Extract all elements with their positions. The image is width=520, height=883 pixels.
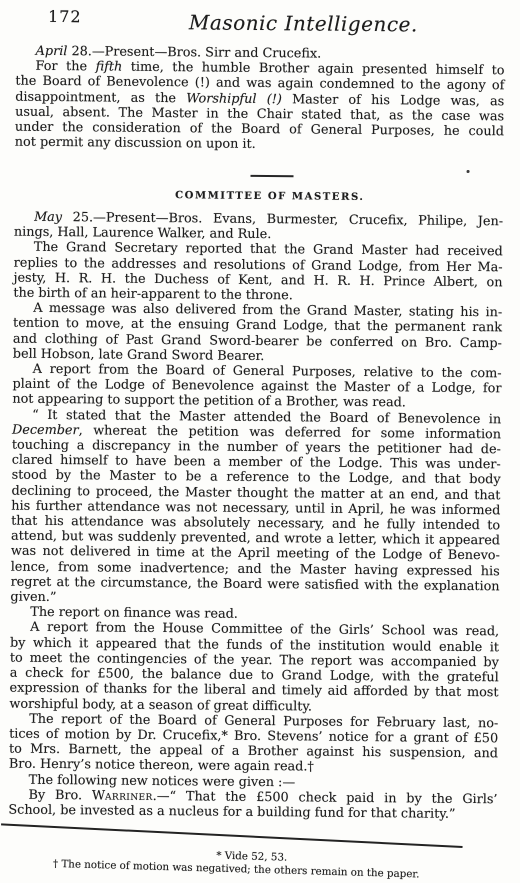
page-number: 172 — [48, 7, 82, 26]
paragraph: The Grand Secretary reported that the Gr… — [13, 240, 503, 306]
page-content: 172 Masonic Intelligence. April 28.—Pres… — [8, 0, 505, 883]
ink-speck — [467, 170, 470, 173]
running-title: Masonic Intelligence. — [189, 10, 418, 36]
paragraph: “ It stated that the Master attended the… — [10, 407, 501, 609]
paragraph: The report of the Board of General Purpo… — [9, 711, 499, 777]
scanned-book-page: 172 Masonic Intelligence. April 28.—Pres… — [0, 0, 520, 883]
paragraph: For the fifth time, the humble Brother a… — [15, 59, 505, 155]
paragraph: May 25.—Present—Bros. Evans, Burmester, … — [14, 210, 503, 245]
footnote-rule — [1, 823, 463, 847]
footnote-block: * Vide 52, 53. † The notice of motion wa… — [7, 816, 498, 883]
section-heading: COMMITTEE OF MASTERS. — [14, 189, 503, 205]
april-minutes: April 28.—Present—Bros. Sirr and Crucefi… — [15, 44, 505, 155]
section-divider — [251, 175, 294, 177]
paragraph: A message was also delivered from the Gr… — [13, 301, 503, 367]
paragraph: A report from the House Committee of the… — [9, 620, 499, 716]
committee-minutes: May 25.—Present—Bros. Evans, Burmester, … — [8, 210, 503, 823]
paragraph: A report from the Board of General Purpo… — [12, 362, 501, 412]
